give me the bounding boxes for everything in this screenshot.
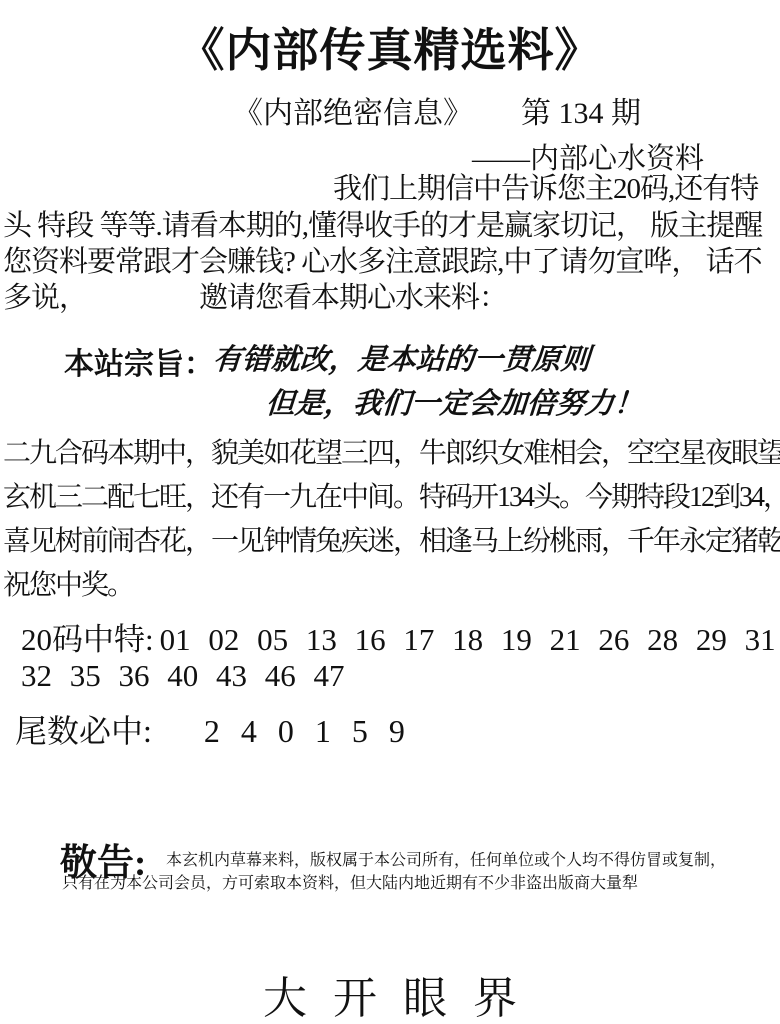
intro-line-4-left: 多说， <box>3 282 87 314</box>
poem-line-3: 喜见树前闹杏花，一见钟情兔疾迷，相逢马上纷桃雨，千年永定猪乾坤。 <box>3 520 779 564</box>
picks-numbers-row-2: 32 35 36 40 43 46 47 <box>21 658 345 693</box>
tail-digits-row: 尾数必中:2 4 0 1 5 9 <box>15 706 405 752</box>
intro-line-4: 多说，邀请您看本期心水来料： <box>3 275 507 316</box>
footer-slogan: 大开眼界 <box>0 962 780 1024</box>
intro-line-2: 头 特段 等等.请看本期的,懂得收手的才是赢家切记， 版主提醒 <box>3 203 762 244</box>
motto-line-1: 有错就改，是本站的一贯原则 <box>212 337 592 378</box>
notice-line-2: 只有在为本公司会员，方可索取本资料，但大陆内地近期有不少非盗出版商大量犁 <box>62 870 638 893</box>
picks-label: 20码中特: <box>21 622 154 657</box>
secret-info-label: 《内部绝密信息》 <box>233 97 473 130</box>
prediction-poem: 二九合码本期中，貌美如花望三四，牛郎织女难相会，空空星夜眼望穿 玄机三二配七旺，… <box>3 432 779 608</box>
issue-line: 《内部绝密信息》第 134 期 <box>233 88 641 132</box>
intro-line-4-invite: 邀请您看本期心水来料： <box>199 282 507 314</box>
issue-number: 第 134 期 <box>521 97 641 130</box>
picks-numbers-row-1: 01 02 05 13 16 17 18 19 21 26 28 29 31 <box>160 622 776 657</box>
page-title: 《内部传真精选料》 <box>0 14 780 80</box>
picks-row-2: 32 35 36 40 43 46 47 <box>21 658 345 694</box>
tail-label: 尾数必中: <box>15 713 152 749</box>
notice-line-1: 本玄机内草幕来料，版权属于本公司所有，任何单位或个人均不得仿冒或复制， <box>166 847 726 870</box>
poem-line-1: 二九合码本期中，貌美如花望三四，牛郎织女难相会，空空星夜眼望穿 <box>3 432 779 476</box>
tail-numbers: 2 4 0 1 5 9 <box>204 713 405 749</box>
fax-sheet-page: 《内部传真精选料》 《内部绝密信息》第 134 期 ——内部心水资料 我们上期信… <box>0 0 780 1024</box>
motto-label: 本站宗旨： <box>64 339 214 383</box>
poem-line-4: 祝您中奖。 <box>3 564 779 608</box>
poem-line-2: 玄机三二配七旺，还有一九在中间。特码开134头。今期特段12到34， <box>3 476 779 520</box>
intro-line-1: 我们上期信中告诉您主20码,还有特 <box>333 166 758 207</box>
intro-line-3: 您资料要常跟才会赚钱? 心水多注意跟踪,中了请勿宣哗， 话不 <box>3 239 762 280</box>
motto-line-2: 但是，我们一定会加倍努力！ <box>265 381 645 422</box>
picks-row-1: 20码中特:01 02 05 13 16 17 18 19 21 26 28 2… <box>21 614 776 659</box>
